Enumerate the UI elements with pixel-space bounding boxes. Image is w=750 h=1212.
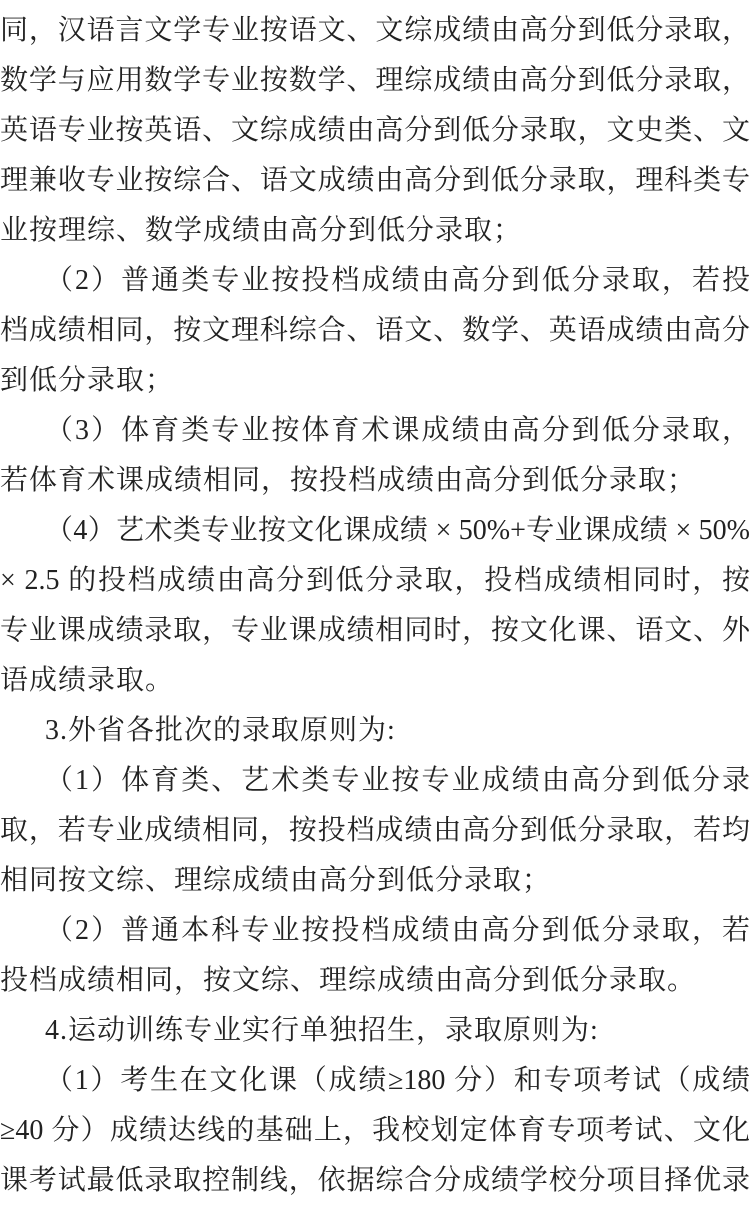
text-line: （3）体育类专业按体育术课成绩由高分到低分录取， xyxy=(0,406,750,456)
document-text-block: 同，汉语言文学专业按语文、文综成绩由高分到低分录取，数学与应用数学专业按数学、理… xyxy=(0,6,750,1206)
text-line: （4）艺术类专业按文化课成绩 × 50%+专业课成绩 × 50% xyxy=(0,506,750,556)
text-line: 专业课成绩录取，专业课成绩相同时，按文化课、语文、外 xyxy=(0,606,750,656)
text-line: （2）普通本科专业按投档成绩由高分到低分录取，若 xyxy=(0,906,750,956)
text-line: 同，汉语言文学专业按语文、文综成绩由高分到低分录取， xyxy=(0,6,750,56)
document-page: 同，汉语言文学专业按语文、文综成绩由高分到低分录取，数学与应用数学专业按数学、理… xyxy=(0,0,750,1212)
text-line: 投档成绩相同，按文综、理综成绩由高分到低分录取。 xyxy=(0,956,750,1006)
text-line: （2）普通类专业按投档成绩由高分到低分录取，若投 xyxy=(0,256,750,306)
text-line: 档成绩相同，按文理科综合、语文、数学、英语成绩由高分 xyxy=(0,306,750,356)
text-line: 理兼收专业按综合、语文成绩由高分到低分录取，理科类专 xyxy=(0,156,750,206)
text-line: 课考试最低录取控制线，依据综合分成绩学校分项目择优录 xyxy=(0,1156,750,1206)
text-line: 到低分录取； xyxy=(0,356,750,406)
text-line: 取，若专业成绩相同，按投档成绩由高分到低分录取，若均 xyxy=(0,806,750,856)
text-line: 4.运动训练专业实行单独招生，录取原则为: xyxy=(0,1006,750,1056)
text-line: 相同按文综、理综成绩由高分到低分录取； xyxy=(0,856,750,906)
text-line: （1）体育类、艺术类专业按专业成绩由高分到低分录 xyxy=(0,756,750,806)
text-line: 若体育术课成绩相同，按投档成绩由高分到低分录取； xyxy=(0,456,750,506)
text-line: × 2.5 的投档成绩由高分到低分录取，投档成绩相同时，按 xyxy=(0,556,750,606)
text-line: 业按理综、数学成绩由高分到低分录取； xyxy=(0,206,750,256)
text-line: 3.外省各批次的录取原则为: xyxy=(0,706,750,756)
text-line: 数学与应用数学专业按数学、理综成绩由高分到低分录取， xyxy=(0,56,750,106)
text-line: 语成绩录取。 xyxy=(0,656,750,706)
text-line: ≥40 分）成绩达线的基础上，我校划定体育专项考试、文化 xyxy=(0,1106,750,1156)
text-line: 英语专业按英语、文综成绩由高分到低分录取，文史类、文 xyxy=(0,106,750,156)
text-line: （1）考生在文化课（成绩≥180 分）和专项考试（成绩 xyxy=(0,1056,750,1106)
